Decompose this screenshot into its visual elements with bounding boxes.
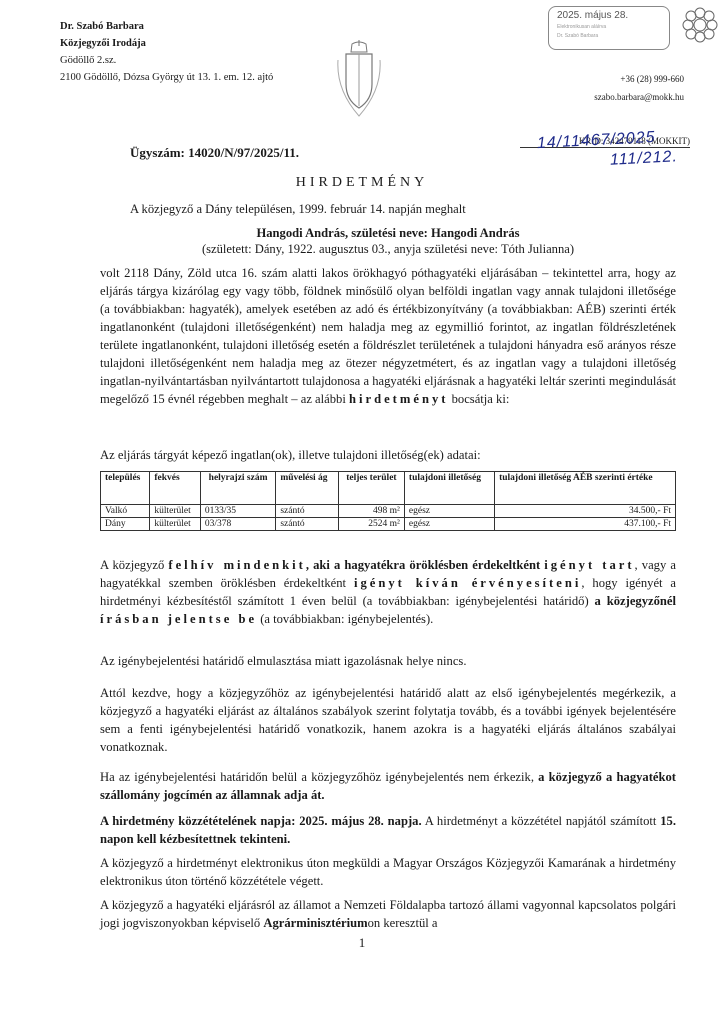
- paragraph-procedure: Attól kezdve, hogy a közjegyzőhöz az igé…: [100, 684, 676, 756]
- paragraph-proceedings: volt 2118 Dány, Zöld utca 16. szám alatt…: [100, 264, 676, 408]
- text: Ha az igénybejelentési határidőn belül a…: [100, 770, 534, 784]
- text: on keresztül a: [368, 916, 438, 930]
- cell: egész: [404, 518, 494, 531]
- notary-office-header: Dr. Szabó Barbara Közjegyzői Irodája Göd…: [60, 18, 273, 86]
- text-bold: a közjegyzőnél: [589, 594, 676, 608]
- deceased-details: (született: Dány, 1922. augusztus 03., a…: [100, 240, 676, 258]
- col-area: teljes terület: [338, 472, 404, 505]
- col-cultivation: művelési ág: [276, 472, 339, 505]
- table-intro: Az eljárás tárgyát képező ingatlan(ok), …: [100, 446, 676, 464]
- office-name: Dr. Szabó Barbara: [60, 18, 273, 35]
- cell: 03/378: [200, 518, 275, 531]
- paragraph-call: A közjegyző felhív mindenkit, aki a hagy…: [100, 556, 676, 628]
- cell: egész: [404, 505, 494, 518]
- emphasis: írásban jelentse be: [100, 612, 257, 626]
- paragraph-publication: A hirdetmény közzétételének napja: 2025.…: [100, 812, 676, 848]
- ministry-name: Agrárminisztérium: [263, 916, 367, 930]
- cell: szántó: [276, 518, 339, 531]
- cell: szántó: [276, 505, 339, 518]
- seal-icon: [680, 5, 720, 45]
- case-number: Ügyszám: 14020/N/97/2025/11.: [130, 145, 299, 161]
- text: A hirdetményt a közzététel napjától szám…: [422, 814, 657, 828]
- stamp-date: 2025. május 28.: [557, 10, 628, 21]
- office-seat: Gödöllő 2.sz.: [60, 52, 273, 69]
- text: A közjegyző: [100, 558, 164, 572]
- cell: 0133/35: [200, 505, 275, 518]
- paragraph-electronic: A közjegyző a hirdetményt elektronikus ú…: [100, 854, 676, 890]
- office-address: 2100 Gödöllő, Dózsa György út 13. 1. em.…: [60, 69, 273, 86]
- coat-of-arms-icon: [334, 40, 384, 120]
- col-location: fekvés: [150, 472, 201, 505]
- col-value: tulajdoni illetőség AÉB szerinti értéke: [495, 472, 676, 505]
- paragraph-escheat: Ha az igénybejelentési határidőn belül a…: [100, 768, 676, 804]
- electronic-signature-stamp: 2025. május 28. Elektronikusan aláírva D…: [548, 6, 670, 50]
- stamp-signer: Dr. Szabó Barbara: [557, 33, 598, 39]
- table-header-row: település fekvés helyrajzi szám művelési…: [101, 472, 676, 505]
- page-number: 1: [0, 935, 724, 951]
- emphasis: hirdetményt: [349, 392, 448, 406]
- cell: külterület: [150, 505, 201, 518]
- table-row: Valkó külterület 0133/35 szántó 498 m² e…: [101, 505, 676, 518]
- col-lot-number: helyrajzi szám: [200, 472, 275, 505]
- cell: 2524 m²: [338, 518, 404, 531]
- col-ownership: tulajdoni illetőség: [404, 472, 494, 505]
- emphasis: igényt tart: [544, 558, 634, 572]
- email: szabo.barbara@mokk.hu: [594, 88, 684, 106]
- paragraph-state: A közjegyző a hagyatéki eljárásról az ál…: [100, 896, 676, 932]
- text: (a továbbiakban: igénybejelentési határi…: [357, 594, 589, 608]
- text-bold: , aki a hagyatékra öröklésben érdekeltké…: [306, 558, 540, 572]
- cell: külterület: [150, 518, 201, 531]
- document-title: HIRDETMÉNY: [0, 175, 724, 191]
- emphasis: igényt kíván érvényesíteni: [354, 576, 581, 590]
- property-table: település fekvés helyrajzi szám művelési…: [100, 471, 676, 531]
- cell: Dány: [101, 518, 150, 531]
- emphasis: felhív mindenkit: [168, 558, 305, 572]
- cell: 498 m²: [338, 505, 404, 518]
- cell: 34.500,- Ft: [495, 505, 676, 518]
- handwritten-note-2: 111/212.: [610, 148, 679, 170]
- intro: A közjegyző a Dány településen, 1999. fe…: [130, 200, 676, 218]
- publication-date: A hirdetmény közzétételének napja: 2025.…: [100, 814, 422, 828]
- table-row: Dány külterület 03/378 szántó 2524 m² eg…: [101, 518, 676, 531]
- stamp-text: Elektronikusan aláírva: [557, 24, 606, 30]
- col-settlement: település: [101, 472, 150, 505]
- paragraph-text-end: bocsátja ki:: [452, 392, 510, 406]
- text: (a továbbiakban: igénybejelentés).: [257, 612, 433, 626]
- cell: Valkó: [101, 505, 150, 518]
- office-type: Közjegyzői Irodája: [60, 35, 273, 52]
- paragraph-no-excuse: Az igénybejelentési határidő elmulasztás…: [100, 652, 676, 670]
- cell: 437.100,- Ft: [495, 518, 676, 531]
- contact-info: +36 (28) 999-660 szabo.barbara@mokk.hu: [594, 70, 684, 106]
- phone: +36 (28) 999-660: [594, 70, 684, 88]
- paragraph-text: volt 2118 Dány, Zöld utca 16. szám alatt…: [100, 266, 676, 406]
